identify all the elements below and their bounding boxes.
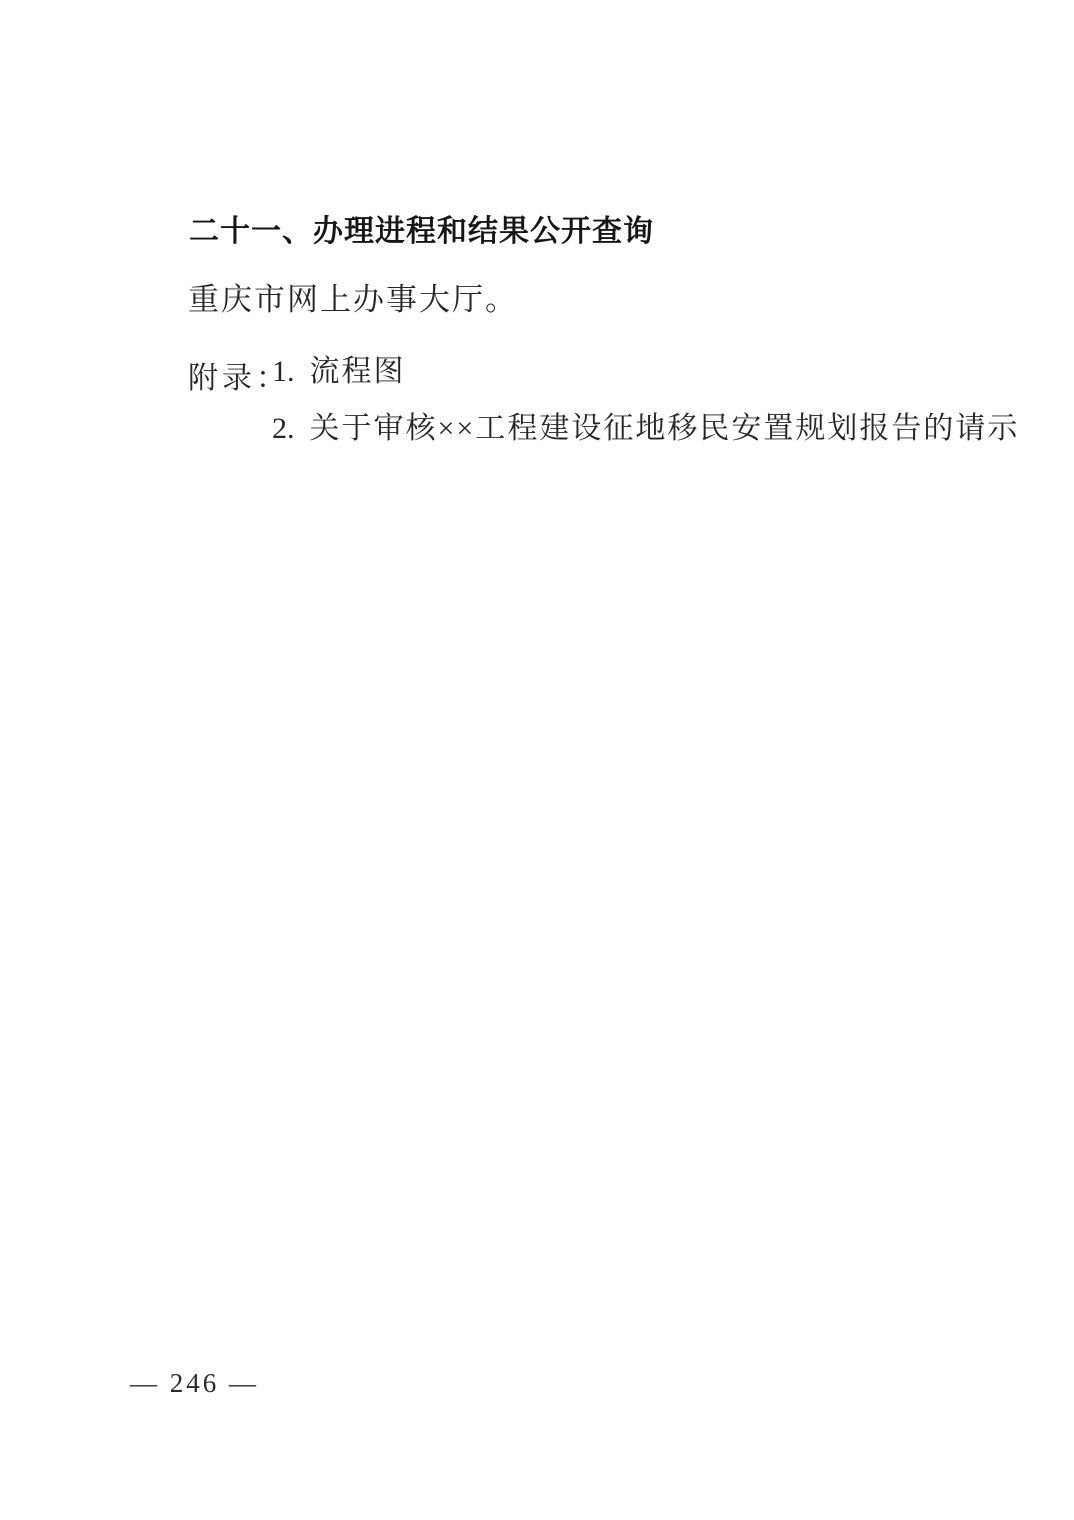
document-page: 二十一、办理进程和结果公开查询 重庆市网上办事大厅。 附录： 1. 流程图 2.… [0, 0, 1074, 1520]
appendix-item: 2. 关于审核××工程建设征地移民安置规划报告的请示 [272, 410, 1019, 448]
appendix-label: 附录： [188, 353, 272, 397]
appendix-item-index: 2. [272, 410, 295, 448]
appendix-block: 附录： 1. 流程图 2. 关于审核××工程建设征地移民安置规划报告的请示 [188, 353, 1019, 448]
appendix-row: 附录： 1. 流程图 2. 关于审核××工程建设征地移民安置规划报告的请示 [188, 353, 1019, 448]
page-number: — 246 — [130, 1368, 259, 1399]
appendix-item-index: 1. [272, 353, 295, 391]
body-paragraph: 重庆市网上办事大厅。 [188, 280, 518, 320]
appendix-item-text: 关于审核××工程建设征地移民安置规划报告的请示 [310, 410, 1020, 448]
section-heading: 二十一、办理进程和结果公开查询 [189, 213, 654, 251]
appendix-items: 1. 流程图 2. 关于审核××工程建设征地移民安置规划报告的请示 [272, 353, 1019, 448]
appendix-item-text: 流程图 [310, 353, 406, 391]
appendix-item: 1. 流程图 [272, 353, 1019, 391]
